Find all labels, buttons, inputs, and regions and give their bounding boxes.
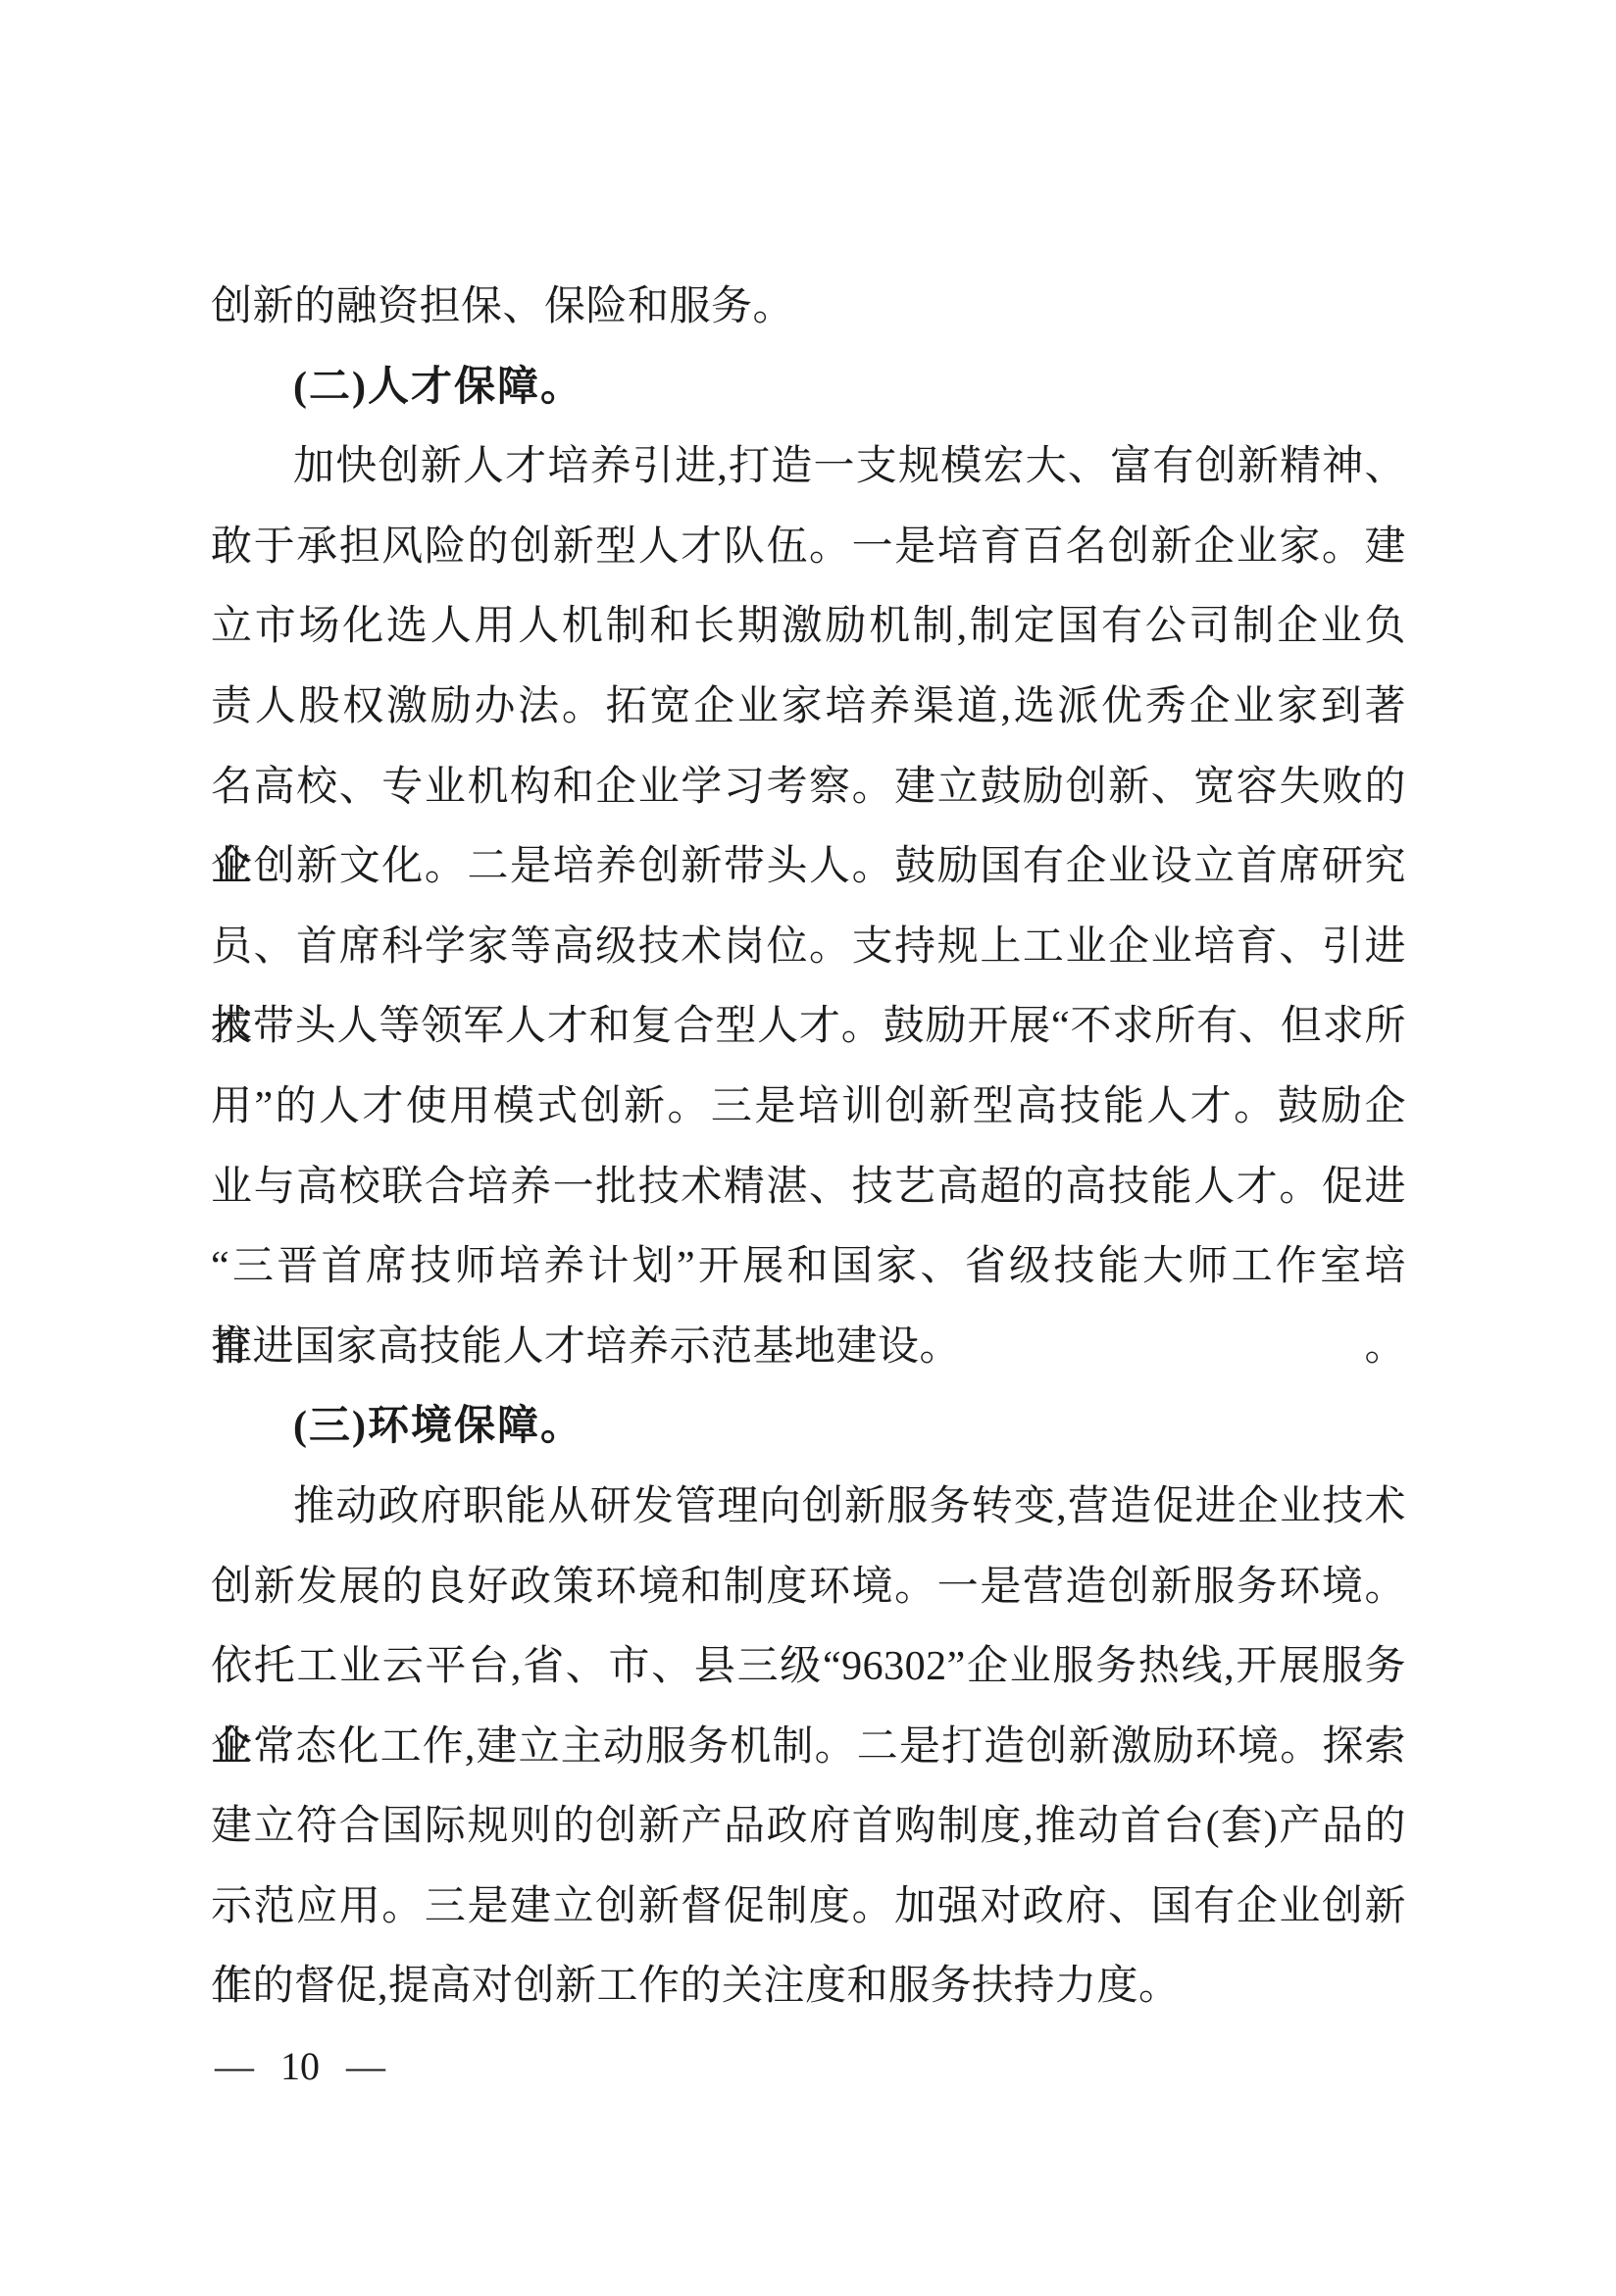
body-line: 示范应用。三是建立创新督促制度。加强对政府、国有企业创新工: [211, 1868, 1406, 1948]
section-heading-huanjing: (三)环境保障。: [211, 1387, 1406, 1468]
body-line: 建立符合国际规则的创新产品政府首购制度,推动首台(套)产品的: [211, 1787, 1406, 1868]
document-body: 创新的融资担保、保险和服务。 (二)人才保障。 加快创新人才培养引进,打造一支规…: [211, 268, 1406, 2027]
body-line: 业创新文化。二是培养创新带头人。鼓励国有企业设立首席研究: [211, 827, 1406, 908]
footer-rule-left: —: [215, 2043, 254, 2089]
body-line: “三晋首席技师培养计划”开展和国家、省级技能大师工作室培育。: [211, 1227, 1406, 1308]
body-line: 创新的融资担保、保险和服务。: [211, 268, 1406, 348]
body-line: 创新发展的良好政策环境和制度环境。一是营造创新服务环境。: [211, 1548, 1406, 1628]
body-line: 敢于承担风险的创新型人才队伍。一是培育百名创新企业家。建: [211, 508, 1406, 588]
document-page: 创新的融资担保、保险和服务。 (二)人才保障。 加快创新人才培养引进,打造一支规…: [0, 0, 1616, 2296]
section-heading-rencai: (二)人才保障。: [211, 348, 1406, 428]
body-line: 名高校、专业机构和企业学习考察。建立鼓励创新、宽容失败的企: [211, 748, 1406, 828]
footer-rule-right: —: [346, 2043, 385, 2089]
body-line: 立市场化选人用人机制和长期激励机制,制定国有公司制企业负: [211, 587, 1406, 668]
body-line: 加快创新人才培养引进,打造一支规模宏大、富有创新精神、: [211, 427, 1406, 508]
body-line: 业与高校联合培养一批技术精湛、技艺高超的高技能人才。促进: [211, 1148, 1406, 1228]
body-line: 责人股权激励办法。拓宽企业家培养渠道,选派优秀企业家到著: [211, 668, 1406, 748]
body-line: 员、首席科学家等高级技术岗位。支持规上工业企业培育、引进技: [211, 908, 1406, 988]
body-line: 作的督促,提高对创新工作的关注度和服务扶持力度。: [211, 1947, 1406, 2027]
page-number: 10: [280, 2043, 320, 2089]
body-line: 业常态化工作,建立主动服务机制。二是打造创新激励环境。探索: [211, 1708, 1406, 1788]
body-line: 依托工业云平台,省、市、县三级“96302”企业服务热线,开展服务企: [211, 1627, 1406, 1708]
page-footer: — 10 —: [215, 2043, 385, 2089]
body-line: 推动政府职能从研发管理向创新服务转变,营造促进企业技术: [211, 1468, 1406, 1548]
body-line: 术带头人等领军人才和复合型人才。鼓励开展“不求所有、但求所: [211, 987, 1406, 1068]
body-line: 用”的人才使用模式创新。三是培训创新型高技能人才。鼓励企: [211, 1068, 1406, 1148]
